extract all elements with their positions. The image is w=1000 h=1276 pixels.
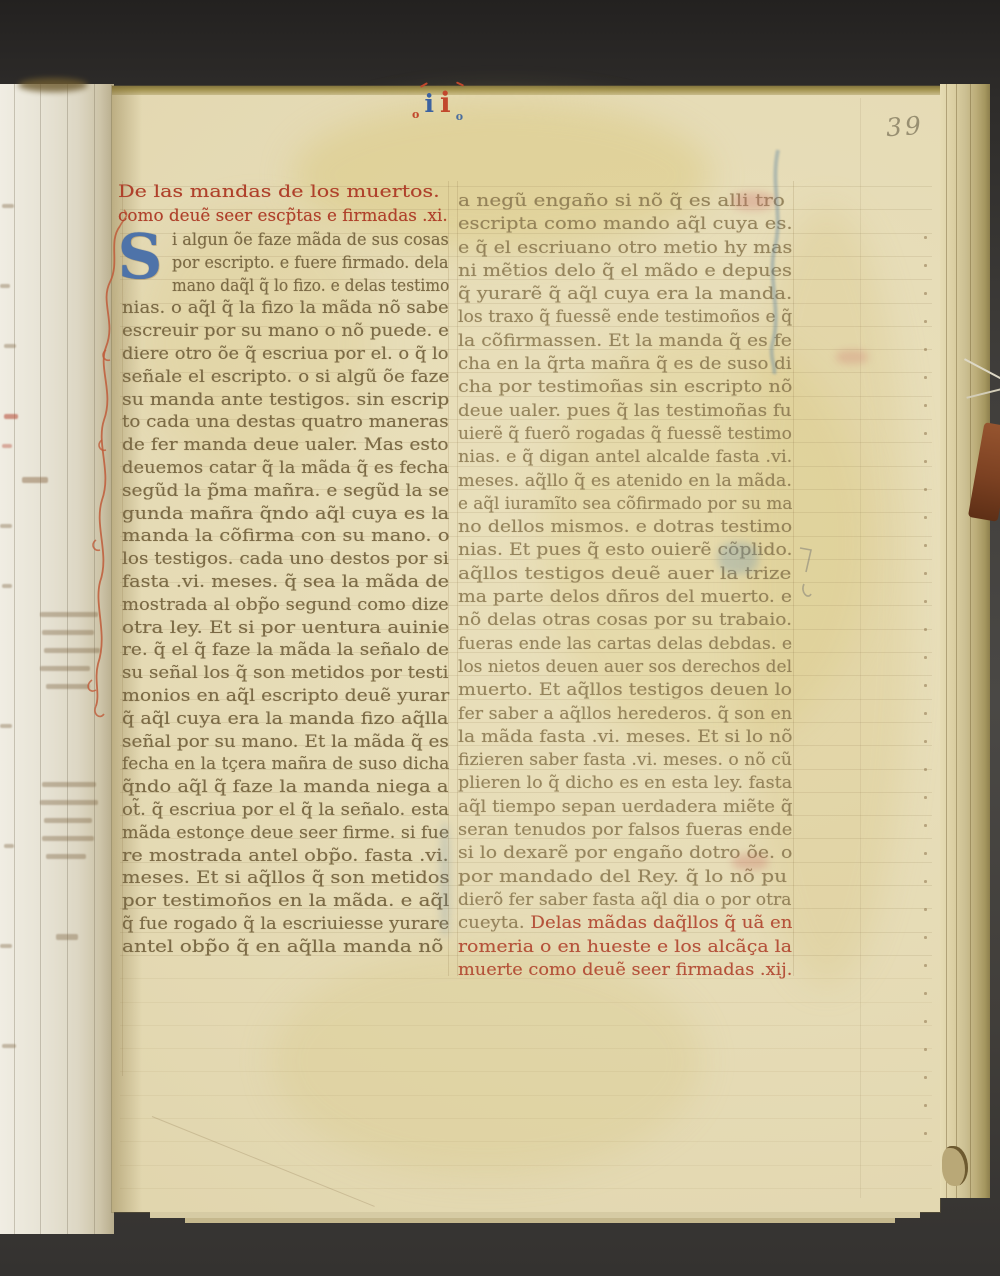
pink-offset-smudge — [732, 192, 774, 210]
pricking-hole — [924, 544, 927, 547]
manuscript-line: su señal los q̃ son metidos por testi — [122, 662, 449, 685]
pricking-hole — [924, 1104, 927, 1107]
marginalia-scribble — [42, 630, 94, 635]
manuscript-line: la mãda fasta .vi. meses. Et si lo nõ — [458, 725, 792, 748]
manuscript-line: seran tenudos por falsos fueras ende — [458, 818, 792, 841]
manuscript-line: diere otro õe q̃ escriua por el. o q̃ lo — [122, 343, 449, 366]
manuscript-line: mãda estonçe deue seer firme. si fue — [122, 822, 449, 845]
manuscript-line: fueras ende las cartas delas debdas. e — [458, 632, 792, 655]
marginalia-scribble — [4, 344, 16, 348]
ruling-line — [120, 1118, 932, 1119]
marginalia-scribble — [22, 477, 48, 483]
marginalia-scribble — [46, 684, 90, 689]
manuscript-line: señale el escripto. o si algũ õe faze — [122, 366, 449, 389]
manuscript-line: e aq̃l iuramĩto sea cõfirmado por su ma — [458, 492, 792, 515]
blue-showthrough-squiggle — [764, 146, 788, 376]
page-edge-crease — [14, 84, 15, 1234]
marginalia-scribble — [56, 934, 78, 940]
manuscript-line: muerto. Et aq̃llos testigos deuen lo — [458, 678, 792, 701]
marginalia-scribble — [40, 800, 98, 805]
pricking-hole — [924, 908, 927, 911]
ruling-line-vertical — [793, 181, 794, 976]
marginalia-scribble — [0, 944, 12, 948]
manuscript-line: los testigos. cada uno destos por si — [122, 548, 449, 571]
page-edge-line — [970, 84, 971, 1198]
pricking-hole — [924, 572, 927, 575]
marginalia-scribble — [4, 844, 14, 848]
pricking-hole — [924, 236, 927, 239]
pricking-hole — [924, 460, 927, 463]
pricking-hole — [924, 488, 927, 491]
folio-number: 39 — [885, 111, 925, 143]
pink-offset-smudge — [732, 854, 768, 870]
manuscript-line: q̃ yurarẽ q̃ aq̃l cuya era la manda. — [458, 282, 792, 305]
manuscript-line: monios en aq̃l escripto deuẽ yurar — [122, 685, 449, 708]
bottom-page-edge — [185, 1218, 895, 1223]
manuscript-line: fecha en la tçera mañra de suso dicha — [122, 753, 449, 776]
manuscript-line: uierẽ q̃ fuerõ rogadas q̃ fuessẽ testimo — [458, 422, 792, 445]
manuscript-line: segũd la p̃ma mañra. e segũd la se — [122, 480, 449, 503]
manuscript-line: re mostrada antel obp̃o. fasta .vi. — [122, 845, 449, 868]
manuscript-line: cueyta. Delas mãdas daq̃llos q̃ uã en — [458, 911, 792, 934]
pricking-hole — [924, 768, 927, 771]
manuscript-line: mostrada al obp̃o segund como dize — [122, 594, 449, 617]
pricking-hole — [924, 292, 927, 295]
blue-smudge — [440, 822, 450, 937]
ruling-line — [120, 1048, 932, 1049]
ruling-line — [120, 1025, 932, 1026]
pricking-hole — [924, 516, 927, 519]
manuscript-page: o i i o 39 S De las mandas de los muerto… — [112, 86, 940, 1212]
pricking-hole — [924, 1048, 927, 1051]
ruling-line — [120, 1165, 932, 1166]
marginalia-scribble — [4, 414, 18, 419]
pricking-hole — [924, 936, 927, 939]
binding-stain — [18, 78, 88, 92]
manuscript-line: su manda ante testigos. sin escrip — [122, 389, 449, 412]
manuscript-line: e q̃ el escriuano otro metio hy mas — [458, 236, 792, 259]
manuscript-line: q̃ aq̃l cuya era la manda fizo aq̃lla — [122, 708, 449, 731]
manuscript-line: muerte como deuẽ seer firmadas .xij. — [458, 958, 792, 981]
page-edge-crease — [67, 84, 68, 1234]
pricking-hole — [924, 740, 927, 743]
manuscript-line: no dellos mismos. e dotras testimo — [458, 515, 792, 538]
manuscript-line: deue ualer. pues q̃ las testimoñas fu — [458, 399, 792, 422]
manuscript-line: mano daq̃l q̃ lo fizo. e delas testimo — [122, 275, 449, 298]
pricking-hole — [924, 264, 927, 267]
ruling-line — [120, 1002, 932, 1003]
numeral-i-blue: i — [424, 89, 435, 118]
quire-numeral: o i i o — [412, 86, 463, 120]
manuscript-line: escripta como mando aq̃l cuya es. — [458, 212, 792, 235]
pricking-hole — [924, 852, 927, 855]
marginalia-scribble — [2, 584, 12, 588]
pricking-hole — [924, 712, 927, 715]
page-edge-crease — [40, 84, 41, 1234]
marginalia-scribble — [0, 724, 12, 728]
marginalia-scribble — [0, 284, 10, 288]
manuscript-line: i algun õe faze mãda de sus cosas — [122, 229, 449, 252]
marginalia-scribble — [44, 818, 92, 823]
manuscript-line: re. q̃ el q̃ faze la mãda la señalo de — [122, 639, 449, 662]
manuscript-line: antel obp̃o q̃ en aq̃lla manda nõ — [122, 936, 449, 959]
gray-margin-scribble — [798, 544, 814, 604]
manuscript-line: nõ delas otras cosas por su trabaio. — [458, 608, 792, 631]
manuscript-line: ot̃. q̃ escriua por el q̃ la señalo. est… — [122, 799, 449, 822]
manuscript-line: por testimoños en la mãda. e aq̃l — [122, 890, 449, 913]
ruling-line — [120, 1095, 932, 1096]
manuscript-line: ma parte delos dñros del muerto. e — [458, 585, 792, 608]
ruling-line — [120, 1071, 932, 1072]
pricking-hole — [924, 600, 927, 603]
manuscript-line: aq̃l tiempo sepan uerdadera miẽte q̃ — [458, 795, 792, 818]
pricking-hole — [924, 796, 927, 799]
ruling-line — [120, 1188, 932, 1189]
marginalia-scribble — [0, 524, 12, 528]
numeral-i-red: i — [440, 86, 451, 119]
blue-smudge — [718, 542, 758, 574]
chapter-rubric: De las mandas de los muertos.como deuẽ s… — [118, 181, 448, 228]
marginalia-scribble — [46, 854, 86, 859]
marginalia-scribble — [2, 444, 12, 448]
manuscript-line: q̃ndo aq̃l q̃ faze la manda niega a — [122, 776, 449, 799]
manuscript-line: los traxo q̃ fuessẽ ende testimoños e q̃ — [458, 305, 792, 328]
marginalia-scribble — [40, 666, 90, 671]
text-column-left: i algun õe faze mãda de sus cosaspor esc… — [122, 229, 449, 959]
pricking-hole — [924, 348, 927, 351]
pricking-hole — [924, 656, 927, 659]
parchment-crease — [860, 98, 861, 1198]
manuscript-line: otra ley. Et si por uentura auinie — [122, 617, 449, 640]
manuscript-line: q̃ fue rogado q̃ la escriuiesse yurare — [122, 913, 449, 936]
manuscript-line: to cada una destas quatro maneras — [122, 411, 449, 434]
manuscript-line: como deuẽ seer escp̃tas e firmadas .xi. — [118, 205, 448, 229]
manuscript-line: manda la cõfirma con su mano. o — [122, 525, 449, 548]
manuscript-line: De las mandas de los muertos. — [118, 181, 448, 205]
manuscript-line: los nietos deuen auer sos derechos del — [458, 655, 792, 678]
manuscript-line: cha por testimoñas sin escripto nõ — [458, 375, 792, 398]
pricking-hole — [924, 320, 927, 323]
pricking-hole — [924, 684, 927, 687]
ruling-line — [120, 1141, 932, 1142]
pricking-hole — [924, 376, 927, 379]
pricking-hole — [924, 964, 927, 967]
page-edge-line — [946, 84, 947, 1198]
marginalia-scribble — [2, 204, 14, 208]
manuscript-line: romeria o en hueste e los alcãça la — [458, 935, 792, 958]
manuscript-line: meses. aq̃llo q̃ es atenido en la mãda. — [458, 469, 792, 492]
manuscript-line: señal por su mano. Et la mãda q̃ es — [122, 731, 449, 754]
manuscript-line: deuemos catar q̃ la mãda q̃ es fecha — [122, 457, 449, 480]
blue-ring-mark: o — [456, 110, 463, 123]
manuscript-photo: { "page": { "folio_number": "39", "heade… — [0, 0, 1000, 1276]
manuscript-line: fizieren saber fasta .vi. meses. o nõ cũ — [458, 748, 792, 771]
manuscript-line: fasta .vi. meses. q̃ sea la mãda de — [122, 571, 449, 594]
manuscript-line: gunda mañra q̃ndo aq̃l cuya es la — [122, 503, 449, 526]
marginalia-scribble — [42, 782, 96, 787]
page-top-edge — [112, 86, 940, 95]
manuscript-line: nias. o aq̃l q̃ la fizo la mãda nõ sabe — [122, 297, 449, 320]
book-fore-edge — [940, 84, 990, 1198]
marginalia-scribble — [42, 836, 94, 841]
pricking-hole — [924, 1020, 927, 1023]
manuscript-line: dierõ fer saber fasta aq̃l dia o por otr… — [458, 888, 792, 911]
pricking-hole — [924, 404, 927, 407]
pink-offset-smudge — [836, 350, 868, 364]
manuscript-line: meses. Et si aq̃llos q̃ son metidos — [122, 867, 449, 890]
red-ring-mark: o — [412, 108, 419, 121]
manuscript-line: cha en la q̃rta mañra q̃ es de suso di — [458, 352, 792, 375]
pricking-hole — [924, 432, 927, 435]
manuscript-line: de fer manda deue ualer. Mas esto — [122, 434, 449, 457]
red-penwork-flourish — [90, 182, 124, 722]
pricking-hole — [924, 628, 927, 631]
manuscript-line: ni mẽtios delo q̃ el mãdo e depues — [458, 259, 792, 282]
corner-damage — [942, 1146, 968, 1186]
page-edge-line — [956, 84, 957, 1198]
pricking-hole — [924, 992, 927, 995]
manuscript-line: fer saber a aq̃llos herederos. q̃ son en — [458, 702, 792, 725]
pricking-hole — [924, 824, 927, 827]
marginalia-scribble — [2, 1044, 16, 1048]
manuscript-line: nias. e q̃ digan antel alcalde fasta .vi… — [458, 445, 792, 468]
manuscript-line: escreuir por su mano o nõ puede. e — [122, 320, 449, 343]
pricking-hole — [924, 880, 927, 883]
manuscript-line: por escripto. e fuere firmado. dela — [122, 252, 449, 275]
manuscript-line: la cõfirmassen. Et la manda q̃ es fe — [458, 329, 792, 352]
pricking-hole — [924, 1132, 927, 1135]
manuscript-line: plieren lo q̃ dicho es en esta ley. fast… — [458, 771, 792, 794]
pricking-hole — [924, 1076, 927, 1079]
